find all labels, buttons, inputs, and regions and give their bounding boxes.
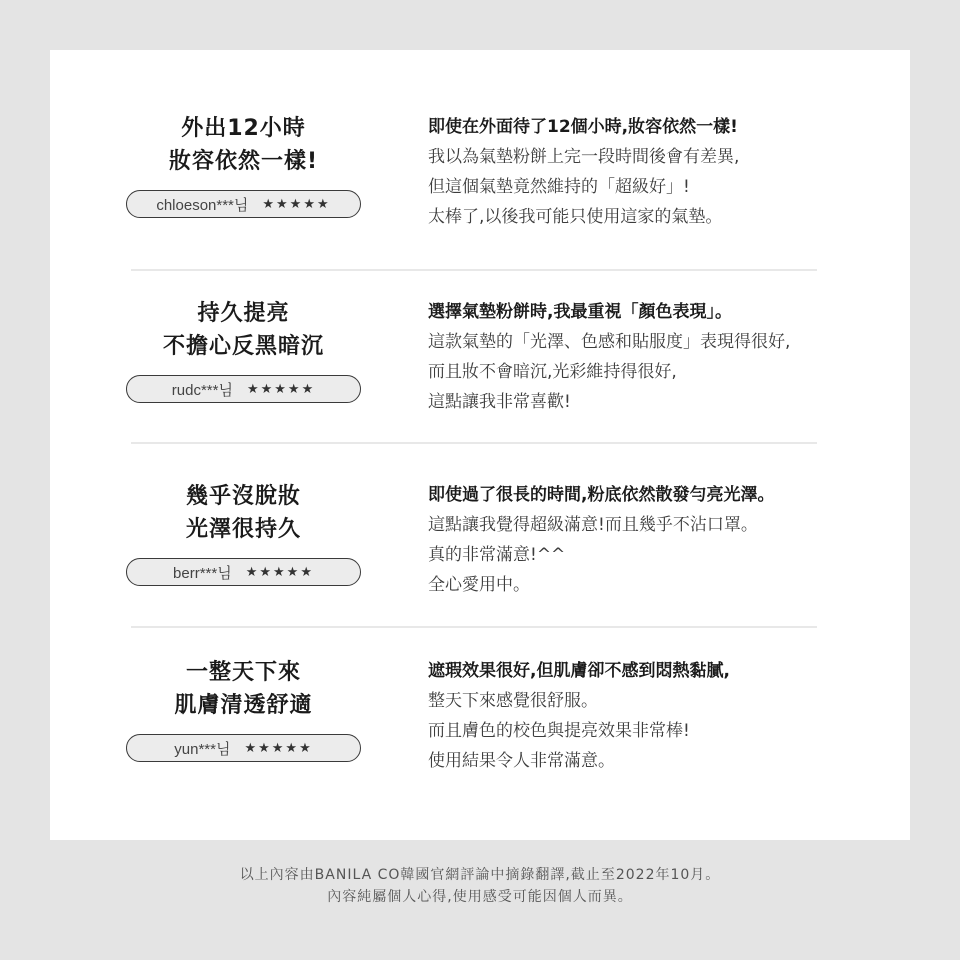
- review-lead: 選擇氣墊粉餅時,我最重視「顏色表現」。: [428, 297, 888, 327]
- reviews-card: 外出12小時 妝容依然一樣! chloeson***님 ★★★★★ 即使在外面待…: [50, 50, 910, 840]
- reviewer-badge: yun***님 ★★★★★: [126, 734, 361, 762]
- review-line: 這點讓我非常喜歡!: [428, 387, 888, 417]
- divider: [131, 269, 817, 271]
- reviewer-name: rudc***님: [172, 379, 233, 400]
- star-rating-icon: ★★★★★: [262, 196, 330, 212]
- review-line: 全心愛用中。: [428, 570, 888, 600]
- review-headline: 一整天下來 肌膚清透舒適: [126, 656, 361, 722]
- reviewer-badge: berr***님 ★★★★★: [126, 558, 361, 586]
- review-line: 這點讓我覺得超級滿意!而且幾乎不沾口罩。: [428, 510, 888, 540]
- review-body: 即使在外面待了12個小時,妝容依然一樣! 我以為氣墊粉餅上完一段時間後會有差異,…: [428, 112, 888, 232]
- disclaimer-line: 以上內容由BANILA CO韓國官網評論中摘錄翻譯,截止至2022年10月。: [0, 864, 960, 886]
- review-line: 但這個氣墊竟然維持的「超級好」!: [428, 172, 888, 202]
- reviewer-name: berr***님: [173, 562, 232, 583]
- star-rating-icon: ★★★★★: [246, 564, 314, 580]
- reviewer-name: chloeson***님: [156, 194, 248, 215]
- review-line: 使用結果令人非常滿意。: [428, 746, 888, 776]
- review-summary: 一整天下來 肌膚清透舒適 yun***님 ★★★★★: [126, 656, 361, 762]
- review-line: 這款氣墊的「光澤、色感和貼服度」表現得很好,: [428, 327, 888, 357]
- review-summary: 持久提亮 不擔心反黑暗沉 rudc***님 ★★★★★: [126, 297, 361, 403]
- review-line: 太棒了,以後我可能只使用這家的氣墊。: [428, 202, 888, 232]
- star-rating-icon: ★★★★★: [247, 381, 315, 397]
- disclaimer-footer: 以上內容由BANILA CO韓國官網評論中摘錄翻譯,截止至2022年10月。 內…: [0, 864, 960, 908]
- reviewer-badge: rudc***님 ★★★★★: [126, 375, 361, 403]
- review-lead: 即使過了很長的時間,粉底依然散發勻亮光澤。: [428, 480, 888, 510]
- review-headline: 幾乎沒脫妝 光澤很持久: [126, 480, 361, 546]
- review-headline: 外出12小時 妝容依然一樣!: [126, 112, 361, 178]
- divider: [131, 442, 817, 444]
- star-rating-icon: ★★★★★: [244, 740, 312, 756]
- divider: [131, 626, 817, 628]
- review-lead: 遮瑕效果很好,但肌膚卻不感到悶熱黏膩,: [428, 656, 888, 686]
- review-line: 整天下來感覺很舒服。: [428, 686, 888, 716]
- review-body: 選擇氣墊粉餅時,我最重視「顏色表現」。 這款氣墊的「光澤、色感和貼服度」表現得很…: [428, 297, 888, 417]
- review-lead: 即使在外面待了12個小時,妝容依然一樣!: [428, 112, 888, 142]
- review-summary: 幾乎沒脫妝 光澤很持久 berr***님 ★★★★★: [126, 480, 361, 586]
- disclaimer-line: 內容純屬個人心得,使用感受可能因個人而異。: [0, 886, 960, 908]
- review-line: 而且妝不會暗沉,光彩維持得很好,: [428, 357, 888, 387]
- review-body: 即使過了很長的時間,粉底依然散發勻亮光澤。 這點讓我覺得超級滿意!而且幾乎不沾口…: [428, 480, 888, 600]
- reviewer-badge: chloeson***님 ★★★★★: [126, 190, 361, 218]
- review-headline: 持久提亮 不擔心反黑暗沉: [126, 297, 361, 363]
- review-summary: 外出12小時 妝容依然一樣! chloeson***님 ★★★★★: [126, 112, 361, 218]
- reviewer-name: yun***님: [174, 738, 230, 759]
- review-body: 遮瑕效果很好,但肌膚卻不感到悶熱黏膩, 整天下來感覺很舒服。 而且膚色的校色與提…: [428, 656, 888, 776]
- review-line: 我以為氣墊粉餅上完一段時間後會有差異,: [428, 142, 888, 172]
- review-line: 而且膚色的校色與提亮效果非常棒!: [428, 716, 888, 746]
- review-line: 真的非常滿意!^^: [428, 540, 888, 570]
